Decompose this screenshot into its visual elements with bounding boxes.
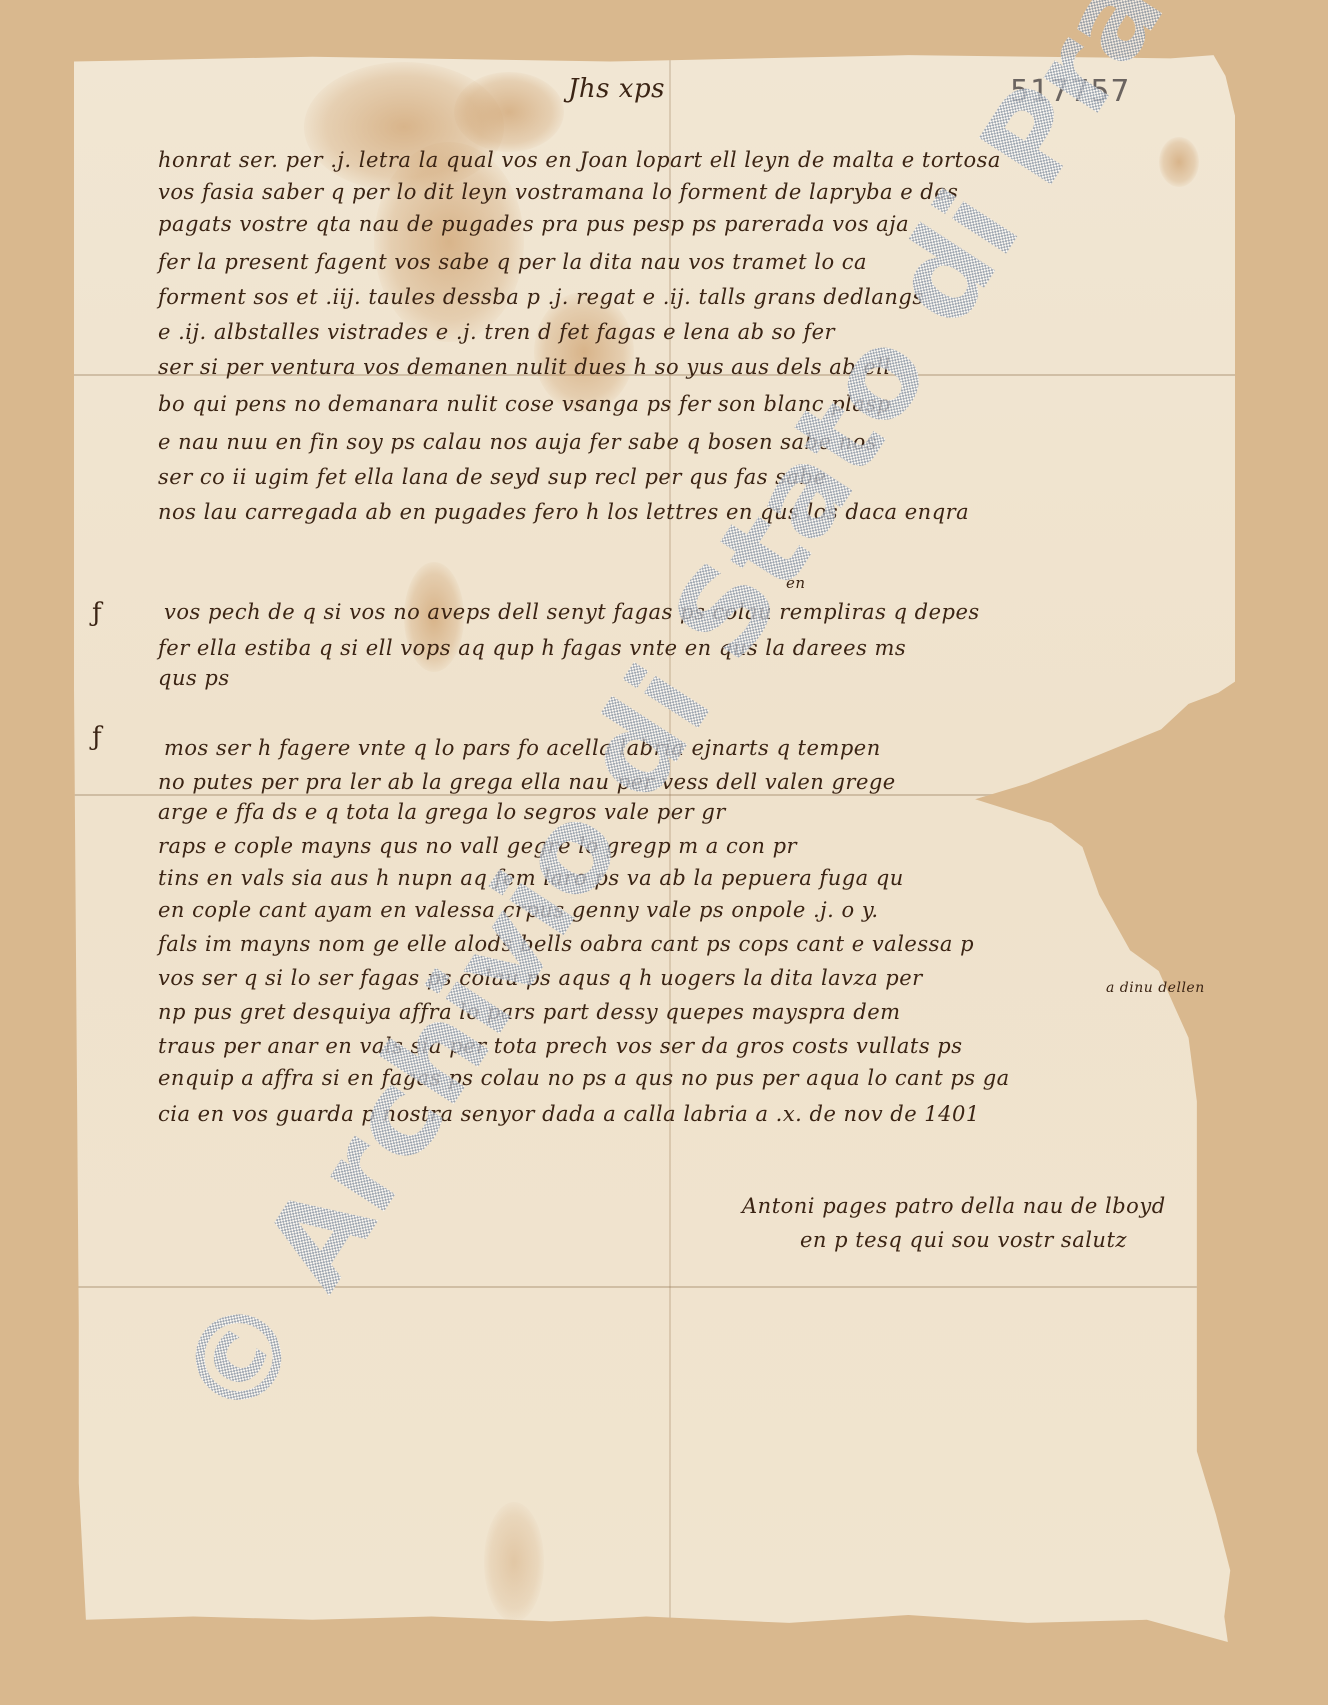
water-stain (484, 1502, 544, 1622)
paragraph-mark-icon: ƒ (92, 722, 102, 752)
text-line: qus ps (158, 666, 230, 690)
text-line: ser si per ventura vos demanen nulit due… (158, 355, 891, 379)
text-line: honrat ser. per .j. letra la qual vos en… (158, 148, 1001, 172)
paragraph-mark-icon: ƒ (92, 598, 102, 628)
signature-line: en p tesq qui sou vostr salutz (800, 1228, 1127, 1252)
text-line: cia en vos guarda p nostra senyor dada a… (158, 1102, 980, 1126)
text-line: enquip a affra si en fagas ps colau no p… (158, 1066, 1010, 1090)
interlinear-note: a dinu dellen (1106, 980, 1205, 996)
invocation: Jhs xps (568, 74, 665, 104)
text-line: e .ij. albstalles vistrades e .j. tren d… (158, 320, 835, 344)
text-line: vos pech de q si vos no aveps dell senyt… (164, 600, 980, 624)
text-line: traus per anar en vals sia per tota prec… (158, 1034, 963, 1058)
text-line: fer la present fagent vos sabe q per la … (158, 250, 867, 274)
signature-line: Antoni pages patro della nau de lboyd (742, 1194, 1166, 1218)
text-line: pagats vostre qta nau de pugades pra pus… (158, 212, 909, 236)
text-line: fer ella estiba q si ell vops aq qup h f… (158, 636, 906, 660)
text-line: vos fasia saber q per lo dit leyn vostra… (158, 180, 958, 204)
text-line: forment sos et .iij. taules dessba p .j.… (158, 285, 924, 309)
water-stain (1159, 137, 1199, 187)
text-line: raps e cople mayns qus no vall gegre lo … (158, 834, 797, 858)
water-stain (454, 72, 564, 152)
water-stain (374, 142, 524, 342)
text-line: mos ser h fagere vnte q lo pars fo acell… (164, 736, 881, 760)
